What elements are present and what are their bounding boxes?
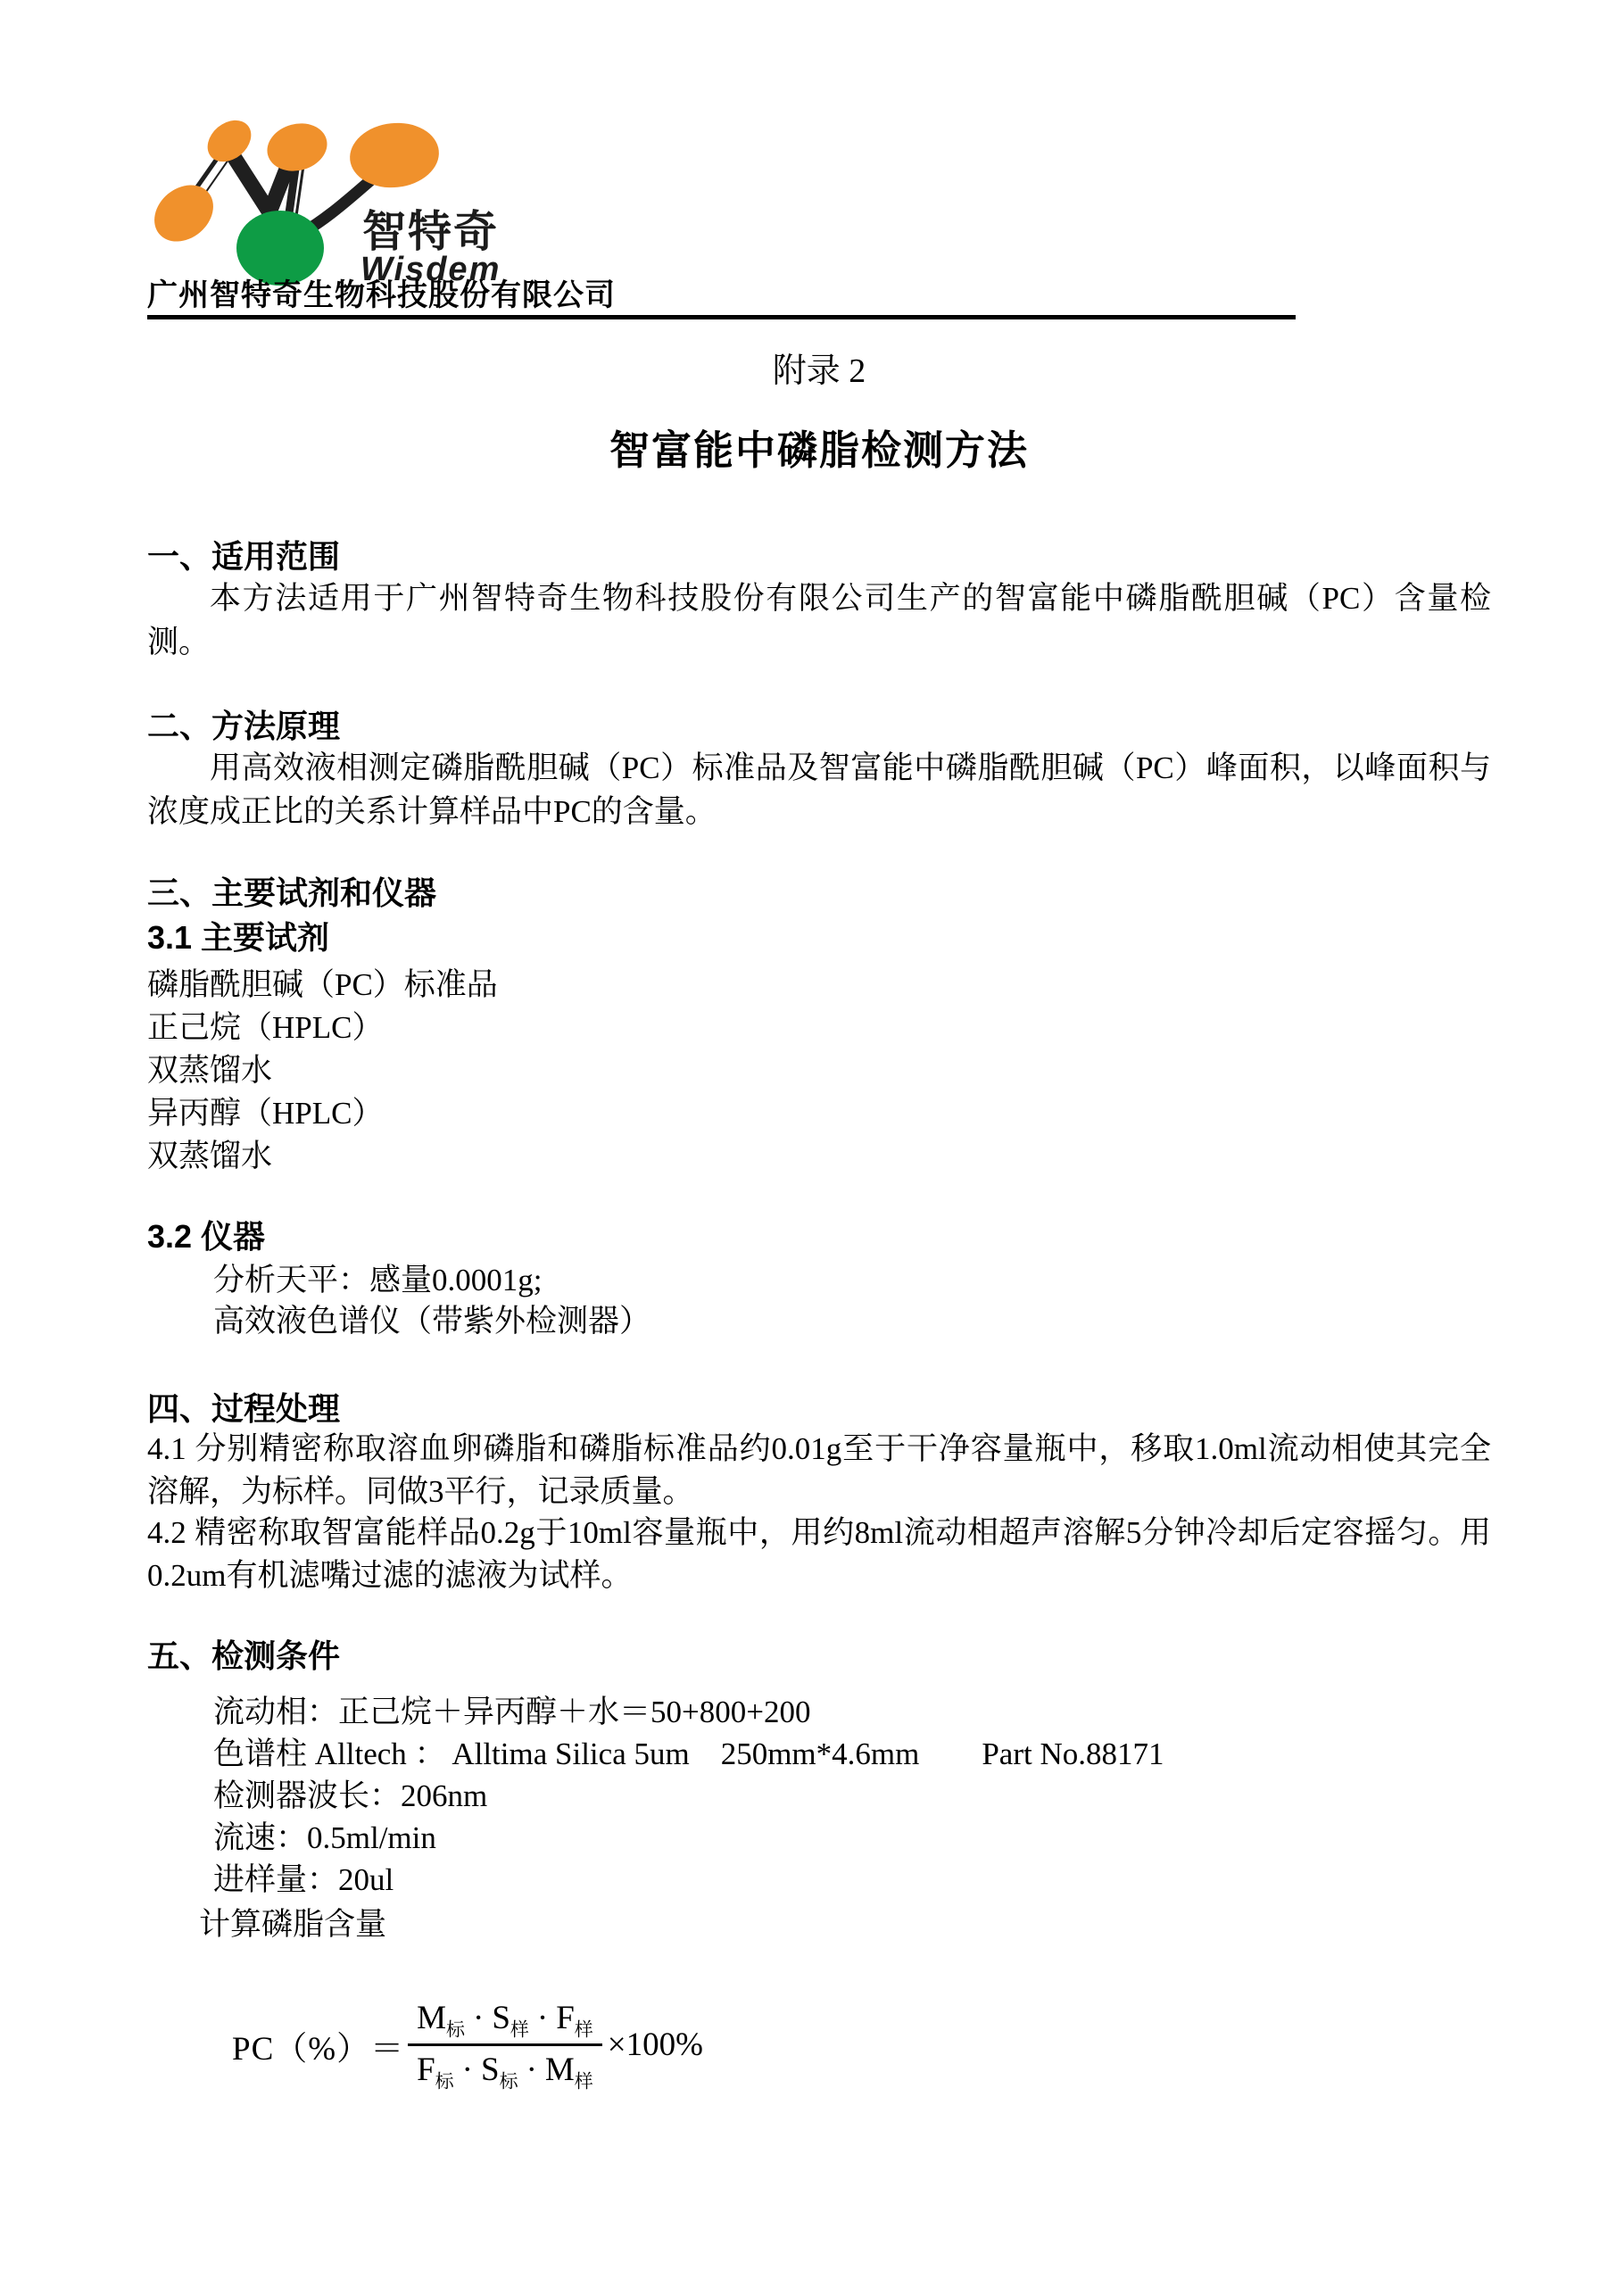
formula-term: M样 [545, 2051, 593, 2088]
instrument-item: 分析天平：感量0.0001g; [213, 1260, 650, 1301]
scope-paragraph: 本方法适用于广州智特奇生物科技股份有限公司生产的智富能中磷脂酰胆碱（PC）含量检… [147, 576, 1491, 664]
section-heading-procedure: 四、过程处理 [147, 1391, 340, 1427]
formula-numerator: M标·S样·F样 [408, 1999, 602, 2046]
condition-item: 流动相：正己烷＋异丙醇＋水＝50+800+200 [213, 1691, 1164, 1733]
document-title: 智富能中磷脂检测方法 [147, 418, 1491, 476]
formula-lhs: PC（%）＝ [232, 2021, 404, 2069]
subsection-heading-reagents: 3.1 主要试剂 [147, 920, 329, 956]
reagent-item: 双蒸馏水 [147, 1135, 498, 1178]
multiplication-dot: · [537, 2000, 548, 2036]
formula-term: S标 [481, 2051, 518, 2088]
principle-paragraph: 用高效液相测定磷脂酰胆碱（PC）标准品及智富能中磷脂酰胆碱（PC）峰面积，以峰面… [147, 746, 1491, 833]
logo-orange-dot [261, 117, 332, 178]
multiplication-dot: · [462, 2051, 473, 2088]
document-page: 智特奇 Wisdem 广州智特奇生物科技股份有限公司 附录 2 智富能中磷脂检测… [0, 0, 1624, 2296]
appendix-label: 附录 2 [147, 343, 1491, 392]
reagent-item: 异丙醇（HPLC） [147, 1092, 498, 1135]
instrument-list: 分析天平：感量0.0001g; 高效液色谱仪（带紫外检测器） [213, 1260, 650, 1342]
reagent-list: 磷脂酰胆碱（PC）标准品 正己烷（HPLC） 双蒸馏水 异丙醇（HPLC） 双蒸… [147, 964, 498, 1178]
calc-label: 计算磷脂含量 [199, 1900, 386, 1944]
reagent-item: 正己烷（HPLC） [147, 1007, 498, 1049]
logo-brand-cn: 智特奇 [362, 208, 499, 256]
logo-green-dot [236, 211, 324, 286]
condition-item: 进样量：20ul [213, 1859, 1164, 1901]
logo-orange-dot [347, 119, 443, 192]
formula-denominator: F标·S标·M样 [408, 2046, 602, 2091]
formula-multiplier: ×100% [608, 2026, 703, 2064]
formula-term: F样 [556, 2000, 593, 2036]
formula-term: M标 [417, 2000, 465, 2036]
condition-item: 检测器波长：206nm [213, 1775, 1164, 1817]
condition-item: 色谱柱 Alltech ： Alltima Silica 5um 250mm*4… [213, 1733, 1164, 1775]
section-heading-scope: 一、适用范围 [147, 539, 340, 575]
formula-term: S样 [492, 2000, 529, 2036]
reagent-item: 磷脂酰胆碱（PC）标准品 [147, 964, 498, 1007]
multiplication-dot: · [526, 2051, 537, 2088]
logo-orange-dot [143, 173, 224, 253]
company-name: 广州智特奇生物科技股份有限公司 [147, 280, 1296, 311]
condition-item: 流速：0.5ml/min [213, 1817, 1164, 1859]
section-heading-conditions: 五、检测条件 [147, 1638, 340, 1674]
formula-term: F标 [417, 2051, 454, 2088]
section-heading-principle: 二、方法原理 [147, 709, 340, 744]
instrument-item: 高效液色谱仪（带紫外检测器） [213, 1301, 650, 1342]
pc-formula: PC（%）＝ M标·S样·F样 F标·S标·M样 ×100% [232, 1999, 703, 2092]
header-rule: 广州智特奇生物科技股份有限公司 [147, 280, 1296, 319]
reagent-item: 双蒸馏水 [147, 1049, 498, 1092]
multiplication-dot: · [473, 2000, 484, 2036]
procedure-step: 4.1 分别精密称取溶血卵磷脂和磷脂标准品约0.01g至于干净容量瓶中，移取1.… [147, 1428, 1491, 1513]
section-heading-reagents-instruments: 三、主要试剂和仪器 [147, 875, 436, 911]
procedure-step: 4.2 精密称取智富能样品0.2g于10ml容量瓶中，用约8ml流动相超声溶解5… [147, 1512, 1491, 1597]
subsection-heading-instruments: 3.2 仪器 [147, 1219, 265, 1255]
condition-list: 流动相：正己烷＋异丙醇＋水＝50+800+200 色谱柱 Alltech ： A… [213, 1691, 1164, 1901]
formula-fraction: M标·S样·F样 F标·S标·M样 [408, 1999, 602, 2092]
